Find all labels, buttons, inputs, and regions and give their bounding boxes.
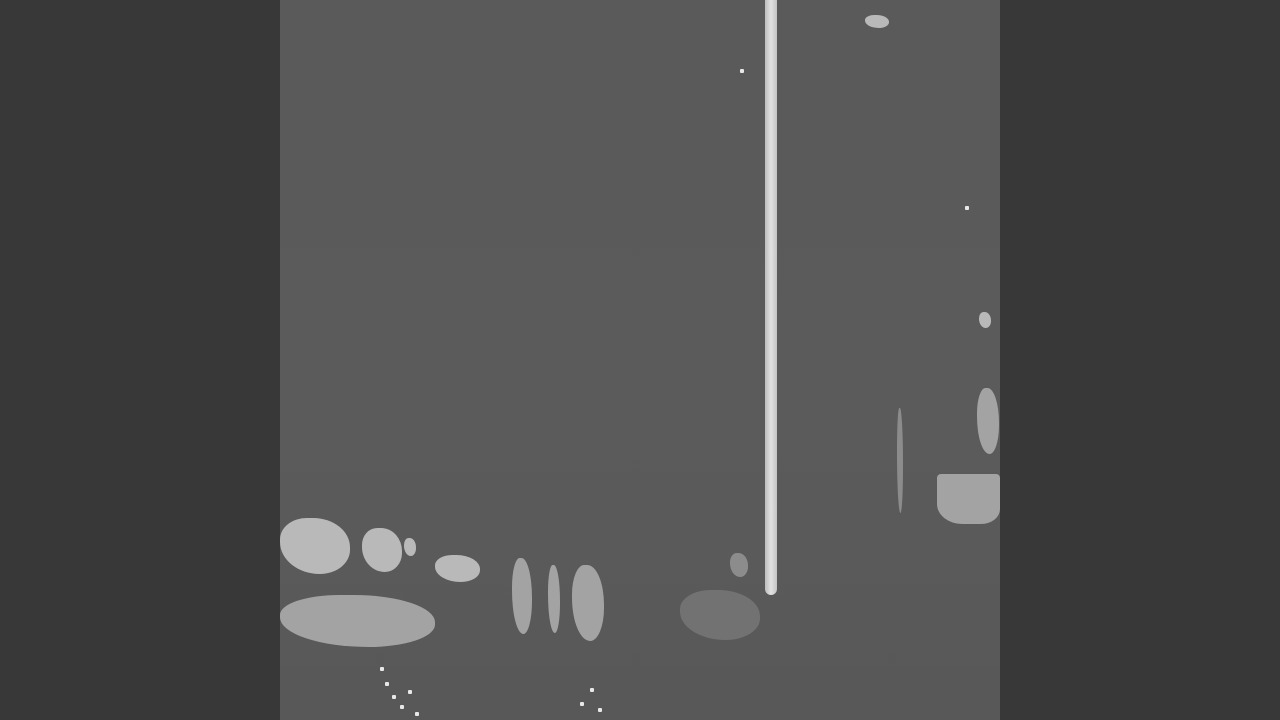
light-patch [404, 538, 416, 556]
light-patch [435, 555, 480, 582]
speck [385, 682, 389, 686]
speck [965, 206, 969, 210]
light-patch [730, 553, 748, 577]
speck [408, 690, 412, 694]
speck [415, 712, 419, 716]
light-patch [512, 558, 532, 634]
light-patch [865, 15, 889, 28]
light-patch [280, 595, 435, 647]
light-patch [362, 528, 402, 572]
image-frame [280, 0, 1000, 720]
light-patch [680, 590, 760, 640]
light-patch [979, 312, 991, 328]
letterbox-left [0, 0, 280, 720]
light-patch [897, 408, 903, 513]
light-patch [572, 565, 604, 641]
speck [400, 705, 404, 709]
bright-pole [765, 0, 777, 595]
speck [380, 667, 384, 671]
light-patch [977, 388, 999, 454]
speck [392, 695, 396, 699]
speck [598, 708, 602, 712]
speck [580, 702, 584, 706]
light-patch [280, 518, 350, 574]
speck [740, 69, 744, 73]
light-patch [548, 565, 560, 633]
light-patch [937, 474, 1000, 524]
speck [590, 688, 594, 692]
letterbox-right [1000, 0, 1280, 720]
